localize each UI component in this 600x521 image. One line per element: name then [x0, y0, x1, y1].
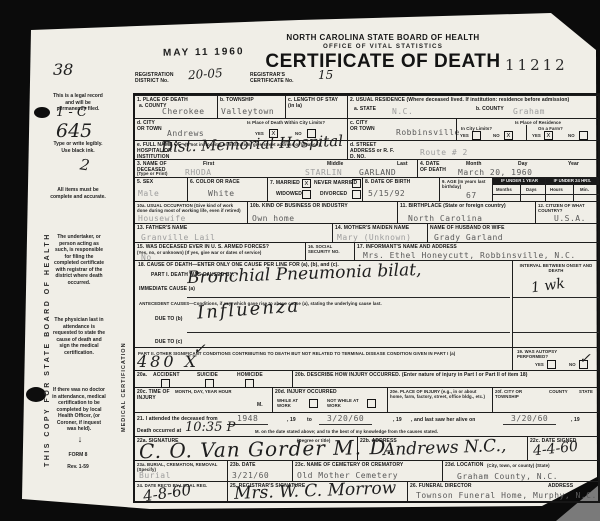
injury-county-label: COUNTY	[549, 389, 568, 394]
burial-cell: 23a. BURIAL, CREMATION, REMOVAL (Specify…	[135, 460, 227, 481]
physician-signature-value: C. O. Van Gorder M. D.	[139, 437, 393, 461]
if-under-24-hrs-cell: IF UNDER 24 HRS. Hours Min.	[545, 177, 598, 201]
copy-for-state-board-vertical-label: THIS COPY FOR STATE BOARD OF HEALTH	[44, 95, 51, 467]
father-name-label: 13. FATHER'S NAME	[137, 225, 187, 231]
birthplace-cell: 11. BIRTHPLACE (State or foreign country…	[397, 201, 535, 223]
sex-cell: 5. SEX Male	[135, 177, 187, 201]
margin-handwritten-1c: 1 - C	[56, 106, 87, 119]
informant-label: 17. INFORMANT'S NAME AND ADDRESS	[357, 244, 457, 250]
if-under-24-hrs-header: IF UNDER 24 HRS.	[546, 178, 599, 185]
burial-date-label: 23b. DATE	[230, 462, 256, 468]
place-of-death-county-cell: 1. PLACE OF DEATH a. COUNTY Cherokee	[135, 95, 217, 118]
part2-cell: PART II. OTHER SIGNIFICANT CONDITIONS CO…	[135, 347, 512, 370]
date-received-cell: 24. DATE REC'D BY LOCAL REG. 4-8-60	[135, 481, 227, 501]
death-occurred-pre-label: Death occurred at	[137, 428, 181, 434]
on-a-farm-no-checkbox	[579, 131, 588, 140]
form-revision: Rev. 1-59	[50, 464, 106, 471]
undertaker-note: The undertaker, or person acting as such…	[52, 234, 106, 286]
divider	[526, 125, 527, 141]
while-at-work-label: WHILE AT WORK	[277, 398, 305, 409]
never-married-label: NEVER MARRIED	[314, 180, 357, 186]
city-of-death-label: d. CITY OR TOWN	[137, 120, 163, 132]
physician-note: The physician last in attendance is requ…	[52, 317, 106, 356]
occupation-value: Housewife	[138, 215, 186, 223]
residence-city-limits-yes-label: YES	[460, 133, 469, 138]
accident-suicide-homicide-cell: 20a. ACCIDENT SUICIDE HOMICIDE	[135, 370, 292, 387]
divider	[513, 297, 599, 298]
complete-accurate-note: All items must be complete and accurate.	[50, 187, 106, 200]
injury-city-label: 20f. CITY OR TOWNSHIP	[495, 389, 543, 400]
divorced-checkbox	[352, 190, 361, 199]
injury-state-label: STATE	[579, 389, 593, 394]
date-of-birth-value: 5/15/92	[368, 190, 405, 198]
certificate-serial-number: 11212	[505, 56, 568, 74]
days-label: Days	[526, 187, 537, 192]
township-cell: b. TOWNSHIP Valleytown	[217, 95, 285, 118]
residence-state-label: a. STATE	[354, 106, 376, 112]
county-value: Cherokee	[162, 108, 205, 116]
date-of-birth-label: 8. DATE OF BIRTH	[365, 179, 410, 185]
residence-city-value: Robbinsville	[396, 129, 460, 137]
divider	[493, 194, 546, 195]
margin-handwritten-645: 645	[56, 122, 92, 141]
middle-name-value: STARLIN	[305, 169, 342, 177]
death-time-value: 10:35 P	[185, 421, 235, 434]
sex-value: Male	[138, 190, 159, 198]
on-a-farm-yes-label: YES	[532, 133, 541, 138]
father-name-cell: 13. FATHER'S NAME Granville Lail	[135, 223, 332, 242]
interval-cell: INTERVAL BETWEEN ONSET AND DEATH 1 wk	[512, 260, 598, 347]
registration-district-value: 20-05	[188, 67, 223, 81]
ssn-label: 16. SOCIAL SECURITY NO.	[308, 244, 352, 255]
black-ink-note: Type or write legibly. Use black ink.	[50, 141, 106, 154]
widowed-checkbox	[302, 190, 311, 199]
registration-district-label: REGISTRATION DISTRICT No.	[135, 72, 193, 84]
sex-label: 5. SEX	[137, 179, 153, 185]
burial-date-value: 3/21/60	[232, 472, 269, 480]
time-of-injury-cell: 20c. TIME OF INJURY MONTH, DAY, YEAR HOU…	[135, 387, 272, 412]
residence-state-value: N.C.	[392, 108, 413, 116]
margin-handwritten-38: 38	[53, 62, 73, 78]
on-a-farm-no-label: NO	[568, 133, 575, 138]
time-m-label: M.	[257, 402, 263, 408]
occupation-cell: 10a. USUAL OCCUPATION (Give kind of work…	[135, 201, 247, 223]
due-to-b-value: Influenza	[196, 297, 300, 322]
cause-line-b	[187, 332, 510, 333]
burial-value: Burial	[139, 472, 171, 480]
armed-forces-note: (Yes, no, or unknown) (If yes, give war …	[137, 250, 303, 255]
office-name: OFFICE OF VITAL STATISTICS	[238, 43, 528, 50]
item-20a-prefix: 20a.	[137, 372, 147, 378]
injury-occurred-label: 20d. INJURY OCCURRED	[275, 389, 375, 395]
middle-name-label: Middle	[327, 161, 343, 167]
mother-maiden-name-label: 14. MOTHER'S MAIDEN NAME	[335, 225, 409, 231]
citizen-cell: 12. CITIZEN OF WHAT COUNTRY? U.S.A.	[535, 201, 598, 223]
age-value: 67	[466, 192, 477, 200]
autopsy-no-mark: ✓	[579, 352, 591, 366]
burial-location-label: 23d. LOCATION	[445, 462, 483, 468]
homicide-label: HOMICIDE	[237, 372, 263, 378]
interval-value: 1 wk	[530, 277, 565, 296]
last-saw-label: , and last saw her alive on	[411, 417, 475, 423]
spouse-name-label: NAME OF HUSBAND OR WIFE	[430, 225, 505, 231]
divorced-label: DIVORCED	[320, 191, 347, 197]
industry-cell: 10b. KIND OF BUSINESS OR INDUSTRY Own ho…	[247, 201, 397, 223]
birthplace-label: 11. BIRTHPLACE (State or foreign country…	[400, 203, 534, 209]
date-received-value: 4-8-60	[142, 483, 192, 505]
not-while-at-work-checkbox	[367, 399, 376, 408]
board-name: NORTH CAROLINA STATE BOARD OF HEALTH	[238, 33, 528, 42]
ssn-cell: 16. SOCIAL SECURITY NO.	[305, 242, 354, 260]
not-while-at-work-label: NOT WHILE AT WORK	[327, 398, 361, 409]
father-name-value: Granville Lail	[141, 234, 215, 242]
last-saw-value: 3/20/60	[503, 415, 556, 425]
mother-maiden-name-cell: 14. MOTHER'S MAIDEN NAME Mary (Unknown)	[332, 223, 427, 242]
first-name-label: First	[203, 161, 214, 167]
min-label: Min.	[580, 187, 589, 192]
if-under-1-year-cell: IF UNDER 1 YEAR Months Days	[492, 177, 545, 201]
funeral-director-address-label: ADDRESS	[548, 483, 573, 489]
attendance-cell: 21. I attended the deceased from 1948 , …	[135, 412, 598, 436]
certificate-title: CERTIFICATE OF DEATH	[233, 51, 533, 73]
place-of-injury-cell: 20e. PLACE OF INJURY (e.g., in or about …	[387, 387, 492, 412]
injury-city-cell: 20f. CITY OR TOWNSHIP COUNTY STATE	[492, 387, 598, 412]
name-of-deceased-cell: 3. NAME OF DECEASED (Type or Print) Firs…	[135, 159, 417, 177]
funeral-director-label: 26. FUNERAL DIRECTOR	[410, 483, 472, 489]
street-address-label: d. STREET ADDRESS or R. F. D. NO.	[350, 142, 400, 160]
informant-value: Mrs. Ethel Honeycutt, Robbinsville, N.C.	[363, 252, 576, 260]
divider	[456, 119, 457, 141]
death-city-limits-question: Is Place of Death Within City Limits?	[247, 120, 342, 125]
residence-question: Is Place of Residence	[483, 120, 593, 125]
industry-label: 10b. KIND OF BUSINESS OR INDUSTRY	[250, 203, 390, 209]
year-blank-3: , 19	[571, 417, 580, 423]
usual-residence-label: 2. USUAL RESIDENCE (Where deceased lived…	[350, 97, 596, 103]
hospital-value: Dist. Memorial Hospital	[161, 134, 343, 155]
no-doctor-note: If there was no doctor in attendance, me…	[52, 387, 106, 433]
if-under-1-year-header: IF UNDER 1 YEAR	[493, 178, 546, 185]
informant-cell: 17. INFORMANT'S NAME AND ADDRESS Mrs. Et…	[354, 242, 598, 260]
due-to-b-label: DUE TO (b)	[155, 316, 183, 322]
autopsy-no-label: NO	[569, 362, 576, 367]
last-name-value: GARLAND	[359, 169, 396, 177]
citizen-value: U.S.A.	[554, 215, 586, 223]
widowed-label: WIDOWED	[276, 191, 302, 197]
funeral-director-value: Townson Funeral Home, Murphy, N.C.	[416, 492, 597, 500]
place-of-injury-label: 20e. PLACE OF INJURY (e.g., in or about …	[390, 389, 490, 400]
autopsy-cell: 19. WAS AUTOPSY PERFORMED? YES NO ✓	[512, 347, 598, 370]
attended-to-value: 3/20/60	[319, 415, 372, 425]
residence-city-limits-no-label: NO	[493, 133, 500, 138]
length-of-stay-label: c. LENGTH OF STAY (in la)	[288, 97, 344, 109]
date-of-birth-cell: 8. DATE OF BIRTH 5/15/92	[362, 177, 439, 201]
township-value: Valleytown	[221, 108, 274, 116]
year-blank-2: , 19	[393, 417, 402, 423]
margin-handwritten-2: 2	[79, 157, 91, 173]
accident-label: ACCIDENT	[153, 372, 180, 378]
interval-label: INTERVAL BETWEEN ONSET AND DEATH	[519, 263, 593, 274]
month-label: Month	[466, 161, 482, 167]
divider	[513, 332, 599, 333]
down-arrow-icon: ↓	[52, 434, 108, 446]
usual-residence-cell: 2. USUAL RESIDENCE (Where deceased lived…	[347, 95, 598, 118]
color-or-race-cell: 6. COLOR OR RACE White	[187, 177, 267, 201]
cemetery-label: 23c. NAME OF CEMETERY OR CREMATORY	[295, 462, 439, 468]
part2-code-value: 480 X	[137, 354, 199, 370]
medical-certification-vertical-label: MEDICAL CERTIFICATION	[121, 260, 127, 432]
hours-label: Hours	[550, 187, 563, 192]
cause-line-a	[187, 297, 510, 298]
funeral-director-cell: 26. FUNERAL DIRECTOR ADDRESS Townson Fun…	[407, 481, 598, 501]
color-or-race-value: White	[208, 190, 235, 198]
married-label: 7. MARRIED	[270, 180, 300, 186]
burial-location-value: Graham County, N.C.	[457, 473, 558, 481]
type-or-print-note: (Type or Print)	[137, 171, 168, 176]
burial-location-note: (City, town, or county) (State)	[487, 463, 550, 468]
residence-city-limits-no-checkbox: x	[504, 131, 513, 140]
address-value: Andrews N.C.,	[383, 438, 507, 459]
time-of-injury-columns: MONTH, DAY, YEAR HOUR	[175, 389, 232, 394]
never-married-checkbox	[352, 179, 361, 188]
first-name-value: RHODA	[185, 169, 212, 177]
form-number: FORM 8	[50, 452, 106, 459]
registrar-signature-value: Mrs. W. C. Morrow	[234, 480, 397, 503]
length-of-stay-cell: c. LENGTH OF STAY (in la)	[285, 95, 347, 118]
township-label: b. TOWNSHIP	[220, 97, 254, 103]
burial-location-cell: 23d. LOCATION (City, town, or county) (S…	[442, 460, 598, 481]
industry-value: Own home	[252, 215, 295, 223]
spouse-name-cell: NAME OF HUSBAND OR WIFE Grady Garland	[427, 223, 598, 242]
date-of-death-value: March 20, 1960	[458, 169, 532, 177]
burial-date-cell: 23b. DATE 3/21/60	[227, 460, 292, 481]
year-blank-1: , 19	[287, 417, 296, 423]
armed-forces-cell: 15. WAS DECEASED EVER IN U. S. ARMED FOR…	[135, 242, 305, 260]
autopsy-yes-label: YES	[535, 362, 544, 367]
to-label: to	[307, 417, 312, 423]
last-name-label: Last	[397, 161, 408, 167]
occupation-label: 10a. USUAL OCCUPATION (Give kind of work…	[137, 203, 245, 214]
residence-city-label: c. CITY OR TOWN	[350, 120, 376, 132]
spouse-name-value: Grady Garland	[434, 234, 503, 242]
citizen-label: 12. CITIZEN OF WHAT COUNTRY?	[538, 203, 596, 214]
autopsy-yes-checkbox	[547, 360, 556, 369]
married-checkbox: x	[302, 179, 311, 188]
hospital-cell: e. FULL NAME OF HOSPITAL OR INSTITUTION …	[135, 140, 347, 159]
city-of-residence-cell: c. CITY OR TOWN Robbinsville Is Place of…	[347, 118, 598, 140]
while-at-work-checkbox	[309, 399, 318, 408]
suicide-label: SUICIDE	[197, 372, 218, 378]
cemetery-cell: 23c. NAME OF CEMETERY OR CREMATORY Old M…	[292, 460, 442, 481]
time-of-injury-label: 20c. TIME OF INJURY	[137, 389, 177, 401]
day-label: Day	[518, 161, 527, 167]
age-cell: 9. AGE (In years last birthday) 67	[439, 177, 492, 201]
describe-injury-cell: 20b. DESCRIBE HOW INJURY OCCURRED. (Ente…	[292, 370, 598, 387]
date-of-death-cell: 4. DATE OF DEATH Month Day Year March 20…	[417, 159, 598, 177]
marital-status-cell: 7. MARRIED x NEVER MARRIED WIDOWED DIVOR…	[267, 177, 362, 201]
age-label: 9. AGE (In years last birthday)	[442, 179, 490, 190]
birthplace-value: North Carolina	[408, 215, 482, 223]
year-label: Year	[568, 161, 579, 167]
cause-of-death-cell: 18. CAUSE OF DEATH—ENTER ONLY ONE CAUSE …	[135, 260, 512, 347]
residence-city-limits-yes-checkbox	[472, 131, 481, 140]
color-or-race-label: 6. COLOR OR RACE	[190, 179, 240, 185]
residence-county-label: b. COUNTY	[476, 106, 504, 112]
date-of-death-label: 4. DATE OF DEATH	[420, 161, 448, 173]
street-address-cell: d. STREET ADDRESS or R. F. D. NO. Route …	[347, 140, 598, 159]
certificate-form: 1. PLACE OF DEATH a. COUNTY Cherokee b. …	[133, 93, 600, 503]
ink-blot	[26, 387, 46, 402]
registrar-signature-cell: 25. REGISTRAR'S SIGNATURE Mrs. W. C. Mor…	[227, 481, 407, 501]
street-address-value: Route # 2	[420, 149, 468, 157]
divider	[546, 194, 599, 195]
injury-occurred-cell: 20d. INJURY OCCURRED WHILE AT WORK NOT W…	[272, 387, 387, 412]
residence-county-value: Graham	[513, 108, 545, 116]
registrar-certificate-label: REGISTRAR'S CERTIFICATE No.	[250, 72, 310, 84]
on-a-farm-yes-checkbox: x	[544, 131, 553, 140]
death-occurred-post-label: M. on the date stated above; and to the …	[255, 429, 595, 434]
months-label: Months	[496, 187, 512, 192]
registrar-certificate-value: 15	[318, 69, 333, 81]
describe-injury-label: 20b. DESCRIBE HOW INJURY OCCURRED. (Ente…	[295, 372, 595, 378]
due-to-c-label: DUE TO (c)	[155, 339, 182, 345]
mother-maiden-name-value: Mary (Unknown)	[337, 234, 411, 242]
autopsy-label: 19. WAS AUTOPSY PERFORMED?	[517, 349, 587, 360]
scanned-death-certificate: 38 This is a legal record and will be pe…	[0, 0, 600, 521]
